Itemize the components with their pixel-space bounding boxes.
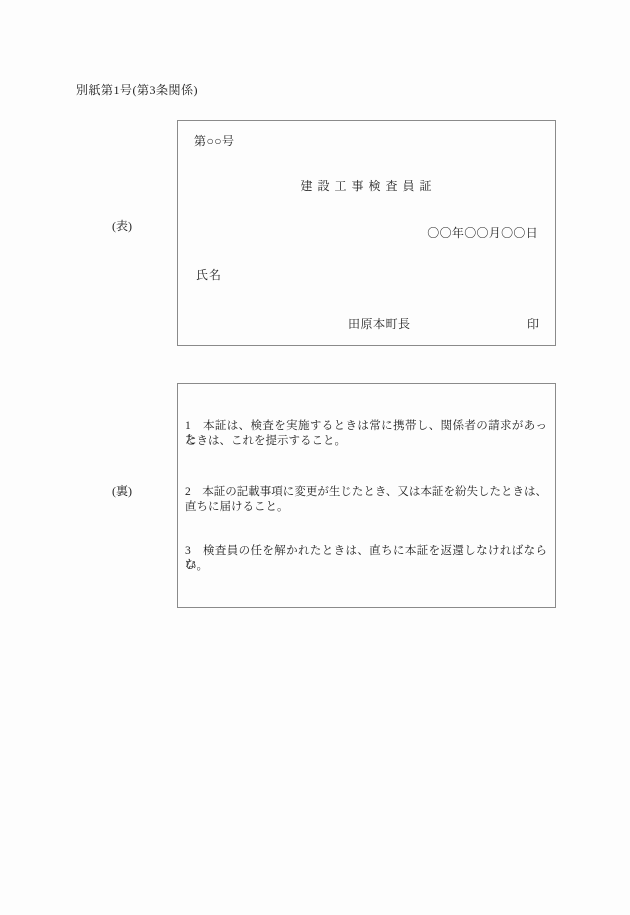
certificate-title: 建 設 工 事 検 査 員 証	[178, 179, 555, 194]
seal-placeholder: 印	[527, 317, 539, 332]
document-page: 別紙第1号(第3条関係) (表) 第○○号 建 設 工 事 検 査 員 証 〇〇…	[0, 0, 630, 915]
issuer-title: 田原本町長	[348, 317, 411, 332]
name-label: 氏名	[196, 268, 222, 283]
certificate-back-card: 1 本証は、検査を実施するときは常に携帯し、関係者の請求があった ときは、これを…	[177, 383, 556, 608]
back-side-label: (裏)	[112, 484, 132, 499]
attachment-header: 別紙第1号(第3条関係)	[76, 83, 198, 98]
certificate-number: 第○○号	[194, 134, 235, 149]
back-rule-2-line-2: 直ちに届けること。	[178, 500, 555, 514]
front-side-label: (表)	[112, 219, 132, 234]
back-rule-3-line-2: い。	[178, 559, 555, 573]
issue-date: 〇〇年〇〇月〇〇日	[427, 226, 538, 241]
certificate-front-card: 第○○号 建 設 工 事 検 査 員 証 〇〇年〇〇月〇〇日 氏名 田原本町長 …	[177, 120, 556, 346]
back-rule-1-line-2: ときは、これを提示すること。	[178, 434, 555, 448]
back-rule-2-line-1: 2 本証の記載事項に変更が生じたとき、又は本証を紛失したときは、	[178, 485, 555, 499]
